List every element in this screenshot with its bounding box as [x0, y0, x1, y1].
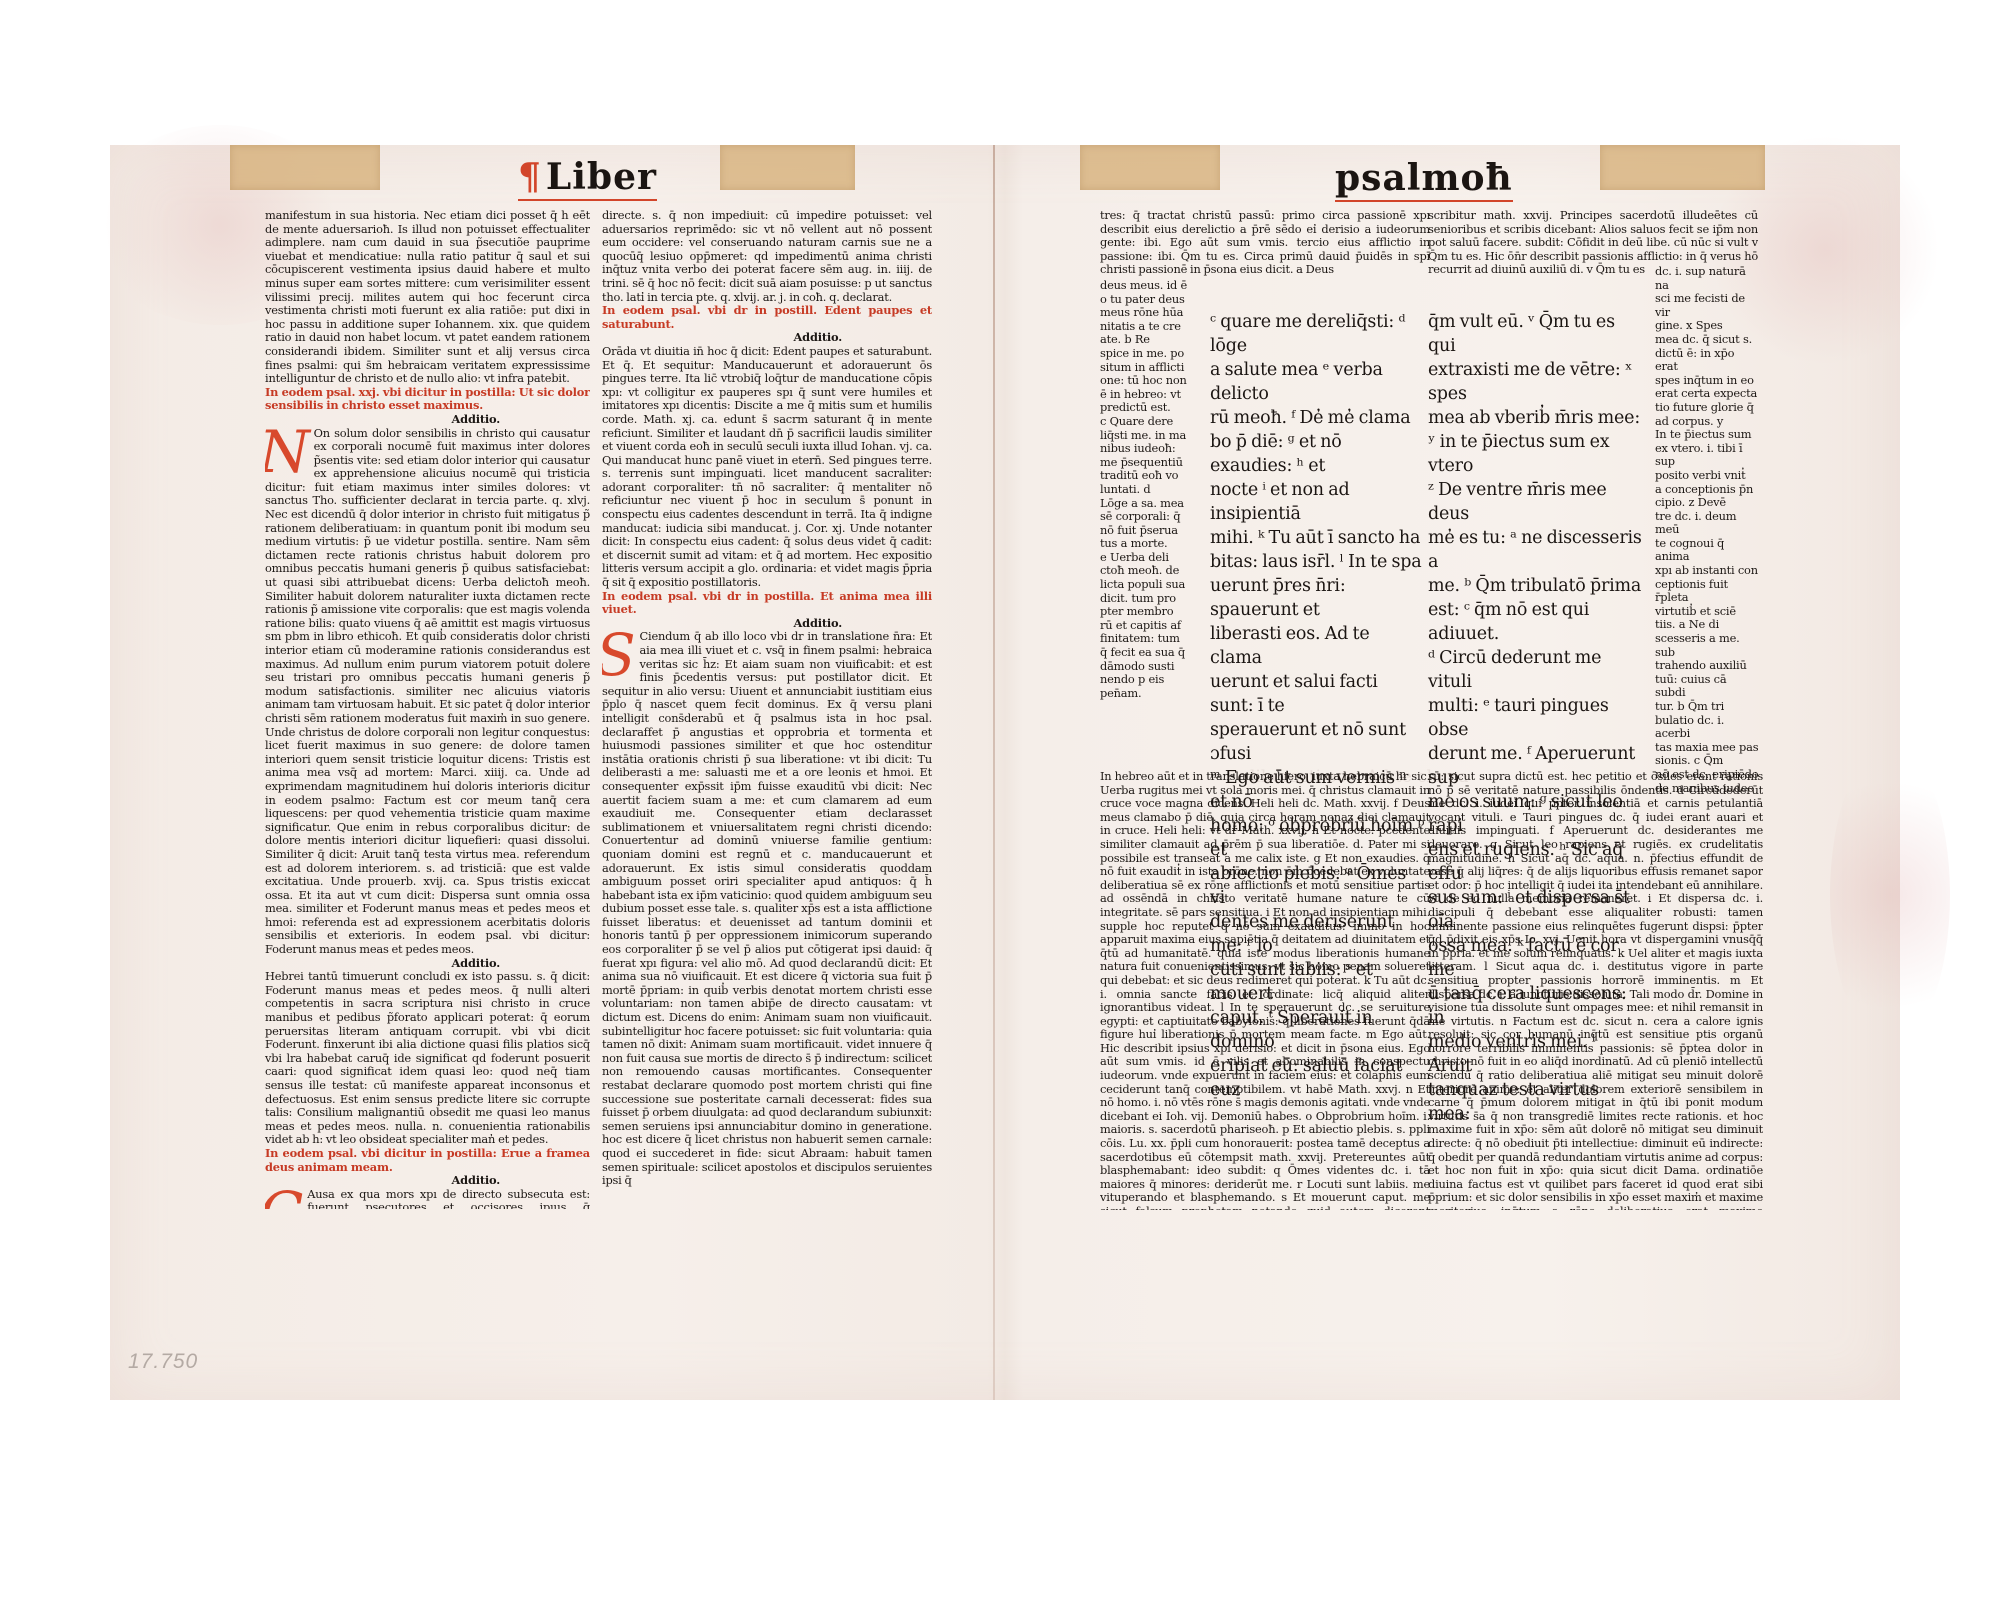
rubric-underline: [1335, 200, 1513, 202]
paragraph-mark-icon: ¶: [518, 156, 542, 198]
section-heading: Additio.: [265, 413, 590, 427]
text-paragraph: Orāda vt diuitia in̄ hoc q̄ dicit: Eden…: [602, 345, 932, 590]
running-head-left: ¶Liber: [518, 156, 657, 198]
right-page-intro-left: tres: q̄ tractat christū passū: primo …: [1100, 209, 1430, 279]
section-heading: Additio.: [602, 331, 932, 345]
gutter-fold: [993, 145, 995, 1400]
drop-cap: C: [265, 1188, 303, 1209]
rubric-line: In eodem psal. vbi dr in postill. Edent …: [602, 304, 932, 331]
left-page-column-b: directe. s. q̄ non impediuit: cū impedi…: [602, 209, 932, 1209]
text-paragraph: CAusa ex qua mors xpı de directo subsecu…: [265, 1188, 590, 1209]
text-paragraph: Hebrei tantū timuerunt concludi ex isto…: [265, 970, 590, 1147]
tape-strip-2: [720, 145, 855, 190]
right-page-commentary-right: rū: sicut supra dictū est. hec petitio…: [1428, 770, 1763, 1210]
book-spread: ¶Liber psalmoħ manifestum in sua histori…: [110, 145, 1900, 1400]
running-head-right: psalmoħ: [1335, 157, 1513, 199]
left-page-column-a: manifestum in sua historia. Nec etiam di…: [265, 209, 590, 1209]
stain-right-edge: [1830, 745, 1950, 1045]
drop-cap: N: [265, 427, 310, 477]
tape-strip-4: [1600, 145, 1765, 190]
text-paragraph: SCiendum q̄ ab illo loco vbi dr in trans…: [602, 630, 932, 1187]
pencil-catalog-number: 17.750: [128, 1350, 198, 1374]
drop-cap: S: [602, 630, 636, 680]
rubric-underline: [518, 199, 657, 201]
tape-strip-3: [1080, 145, 1220, 190]
tape-strip-1: [230, 145, 380, 190]
rubric-line: In eodem psal. xxj. vbi dicitur in posti…: [265, 386, 590, 413]
text-paragraph: NOn solum dolor sensibilis in christo qu…: [265, 427, 590, 957]
gloss-right: dc. i. sup naturā na sci me fecisti de …: [1655, 265, 1760, 795]
section-heading: Additio.: [265, 1174, 590, 1188]
gloss-left: deus meus. id ē o tu pater deus meus ro…: [1100, 279, 1190, 700]
rubric-line: In eodem psal. vbi dr in postilla. Et an…: [602, 590, 932, 617]
right-page-commentary-left: In hebreo aūt et in translatione hiero.…: [1100, 770, 1430, 1210]
text-paragraph: manifestum in sua historia. Nec etiam di…: [265, 209, 590, 386]
section-heading: Additio.: [265, 957, 590, 971]
rubric-line: In eodem psal. vbi dicitur in postilla: …: [265, 1147, 590, 1174]
text-paragraph: directe. s. q̄ non impediuit: cū impedi…: [602, 209, 932, 304]
